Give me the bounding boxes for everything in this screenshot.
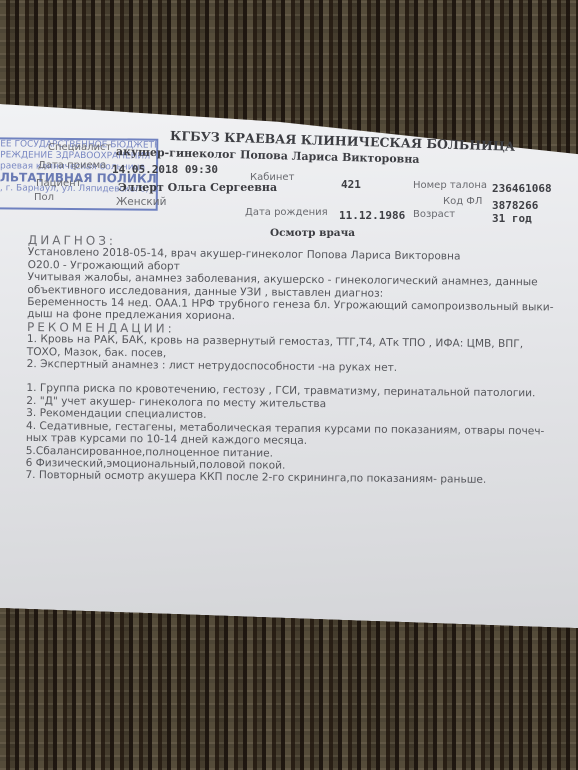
age-value: 31 год xyxy=(492,212,532,225)
patient-value: Эллерт Ольга Сергеевна xyxy=(118,181,277,194)
age-label: Возраст xyxy=(413,209,455,220)
sex-label: Пол xyxy=(34,192,54,203)
visit-date-value: 14.05.2018 09:30 xyxy=(112,163,218,176)
fl-code-label: Код ФЛ xyxy=(443,196,482,207)
cabinet-value: 421 xyxy=(341,178,361,191)
medical-document: ЕЕ ГОСУДАРСТВЕННОЕ БЮДЖЕТНОЕ РЕЖДЕНИЕ ЗД… xyxy=(0,0,578,770)
ticket-label: Номер талона xyxy=(413,180,487,191)
fl-code-value: 3878266 xyxy=(492,199,538,212)
patient-label: Пациент xyxy=(36,178,81,189)
visit-date-label: Дата приема xyxy=(38,160,106,171)
sex-value: Женский xyxy=(116,196,166,208)
dob-value: 11.12.1986 xyxy=(339,209,405,222)
dob-label: Дата рождения xyxy=(245,207,328,218)
diagnosis-section: ДИАГНОЗ: Установлено 2018-05-14, врач ак… xyxy=(25,234,554,487)
specialist-label: Специалист xyxy=(48,142,111,153)
ticket-value: 236461068 xyxy=(492,182,552,195)
